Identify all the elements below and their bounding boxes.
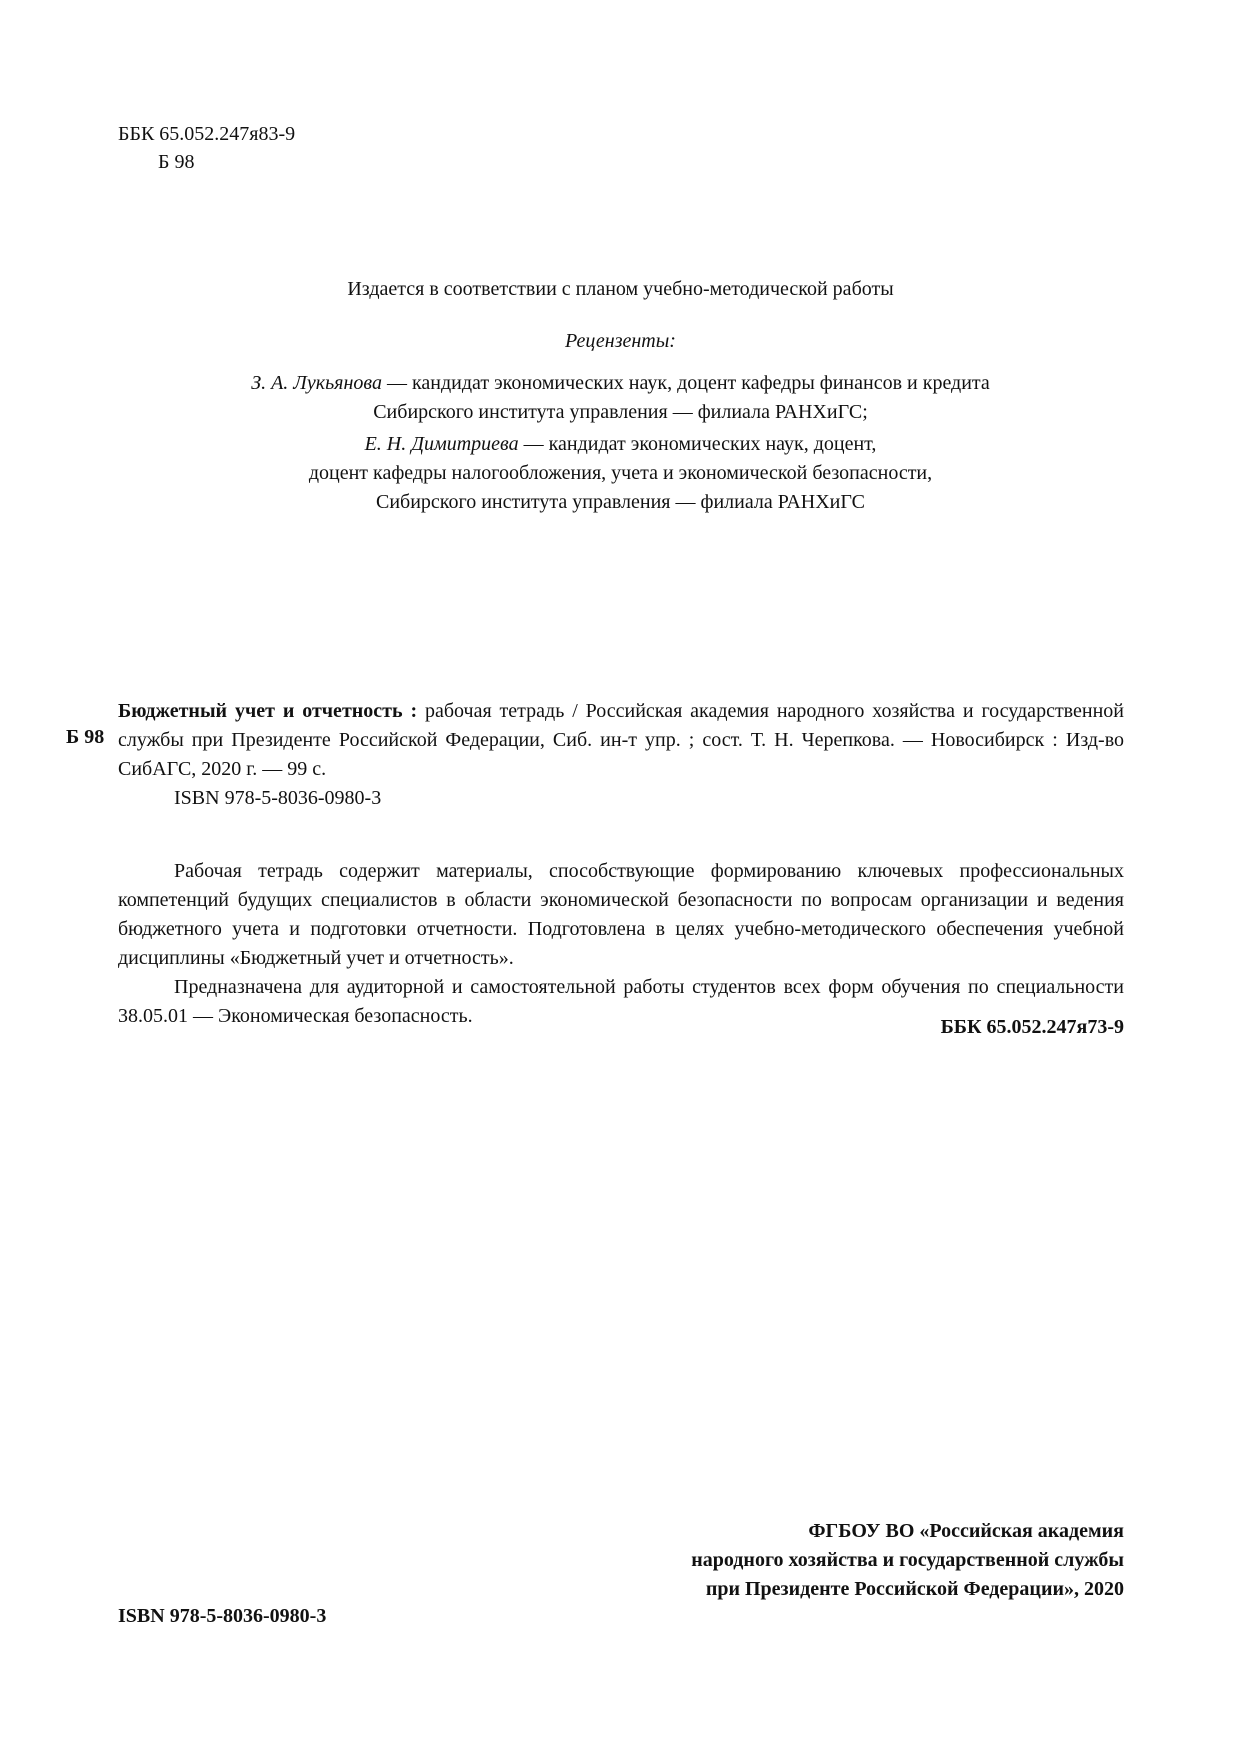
annotation: Рабочая тетрадь содержит материалы, спос… [118,857,1124,1031]
annotation-paragraph: Рабочая тетрадь содержит материалы, спос… [118,857,1124,973]
catalog-mark: Б 98 [66,726,104,749]
reviewer-1: З. А. Лукьянова — кандидат экономических… [0,369,1241,427]
catalog-entry: Бюджетный учет и отчетность : рабочая те… [118,697,1124,813]
copyright-org: ФГБОУ ВО «Российская академия народного … [691,1517,1124,1604]
reviewers-heading: Рецензенты: [0,330,1241,353]
author-mark: Б 98 [118,148,295,176]
bbk-code: ББК 65.052.247я83-9 [118,120,295,148]
bbk-header: ББК 65.052.247я83-9 Б 98 [118,120,295,176]
reviewer-name: З. А. Лукьянова [251,372,382,394]
catalog-isbn: ISBN 978-5-8036-0980-3 [118,784,1124,813]
reviewer-name: Е. Н. Димитриева [365,433,519,455]
footer-isbn: ISBN 978-5-8036-0980-3 [118,1605,326,1628]
reviewer-2: Е. Н. Димитриева — кандидат экономически… [0,430,1241,517]
book-title: Бюджетный учет и отчетность : [118,700,417,722]
bbk-bottom: ББК 65.052.247я73-9 [941,1016,1124,1039]
publish-note: Издается в соответствии с планом учебно-… [0,278,1241,301]
